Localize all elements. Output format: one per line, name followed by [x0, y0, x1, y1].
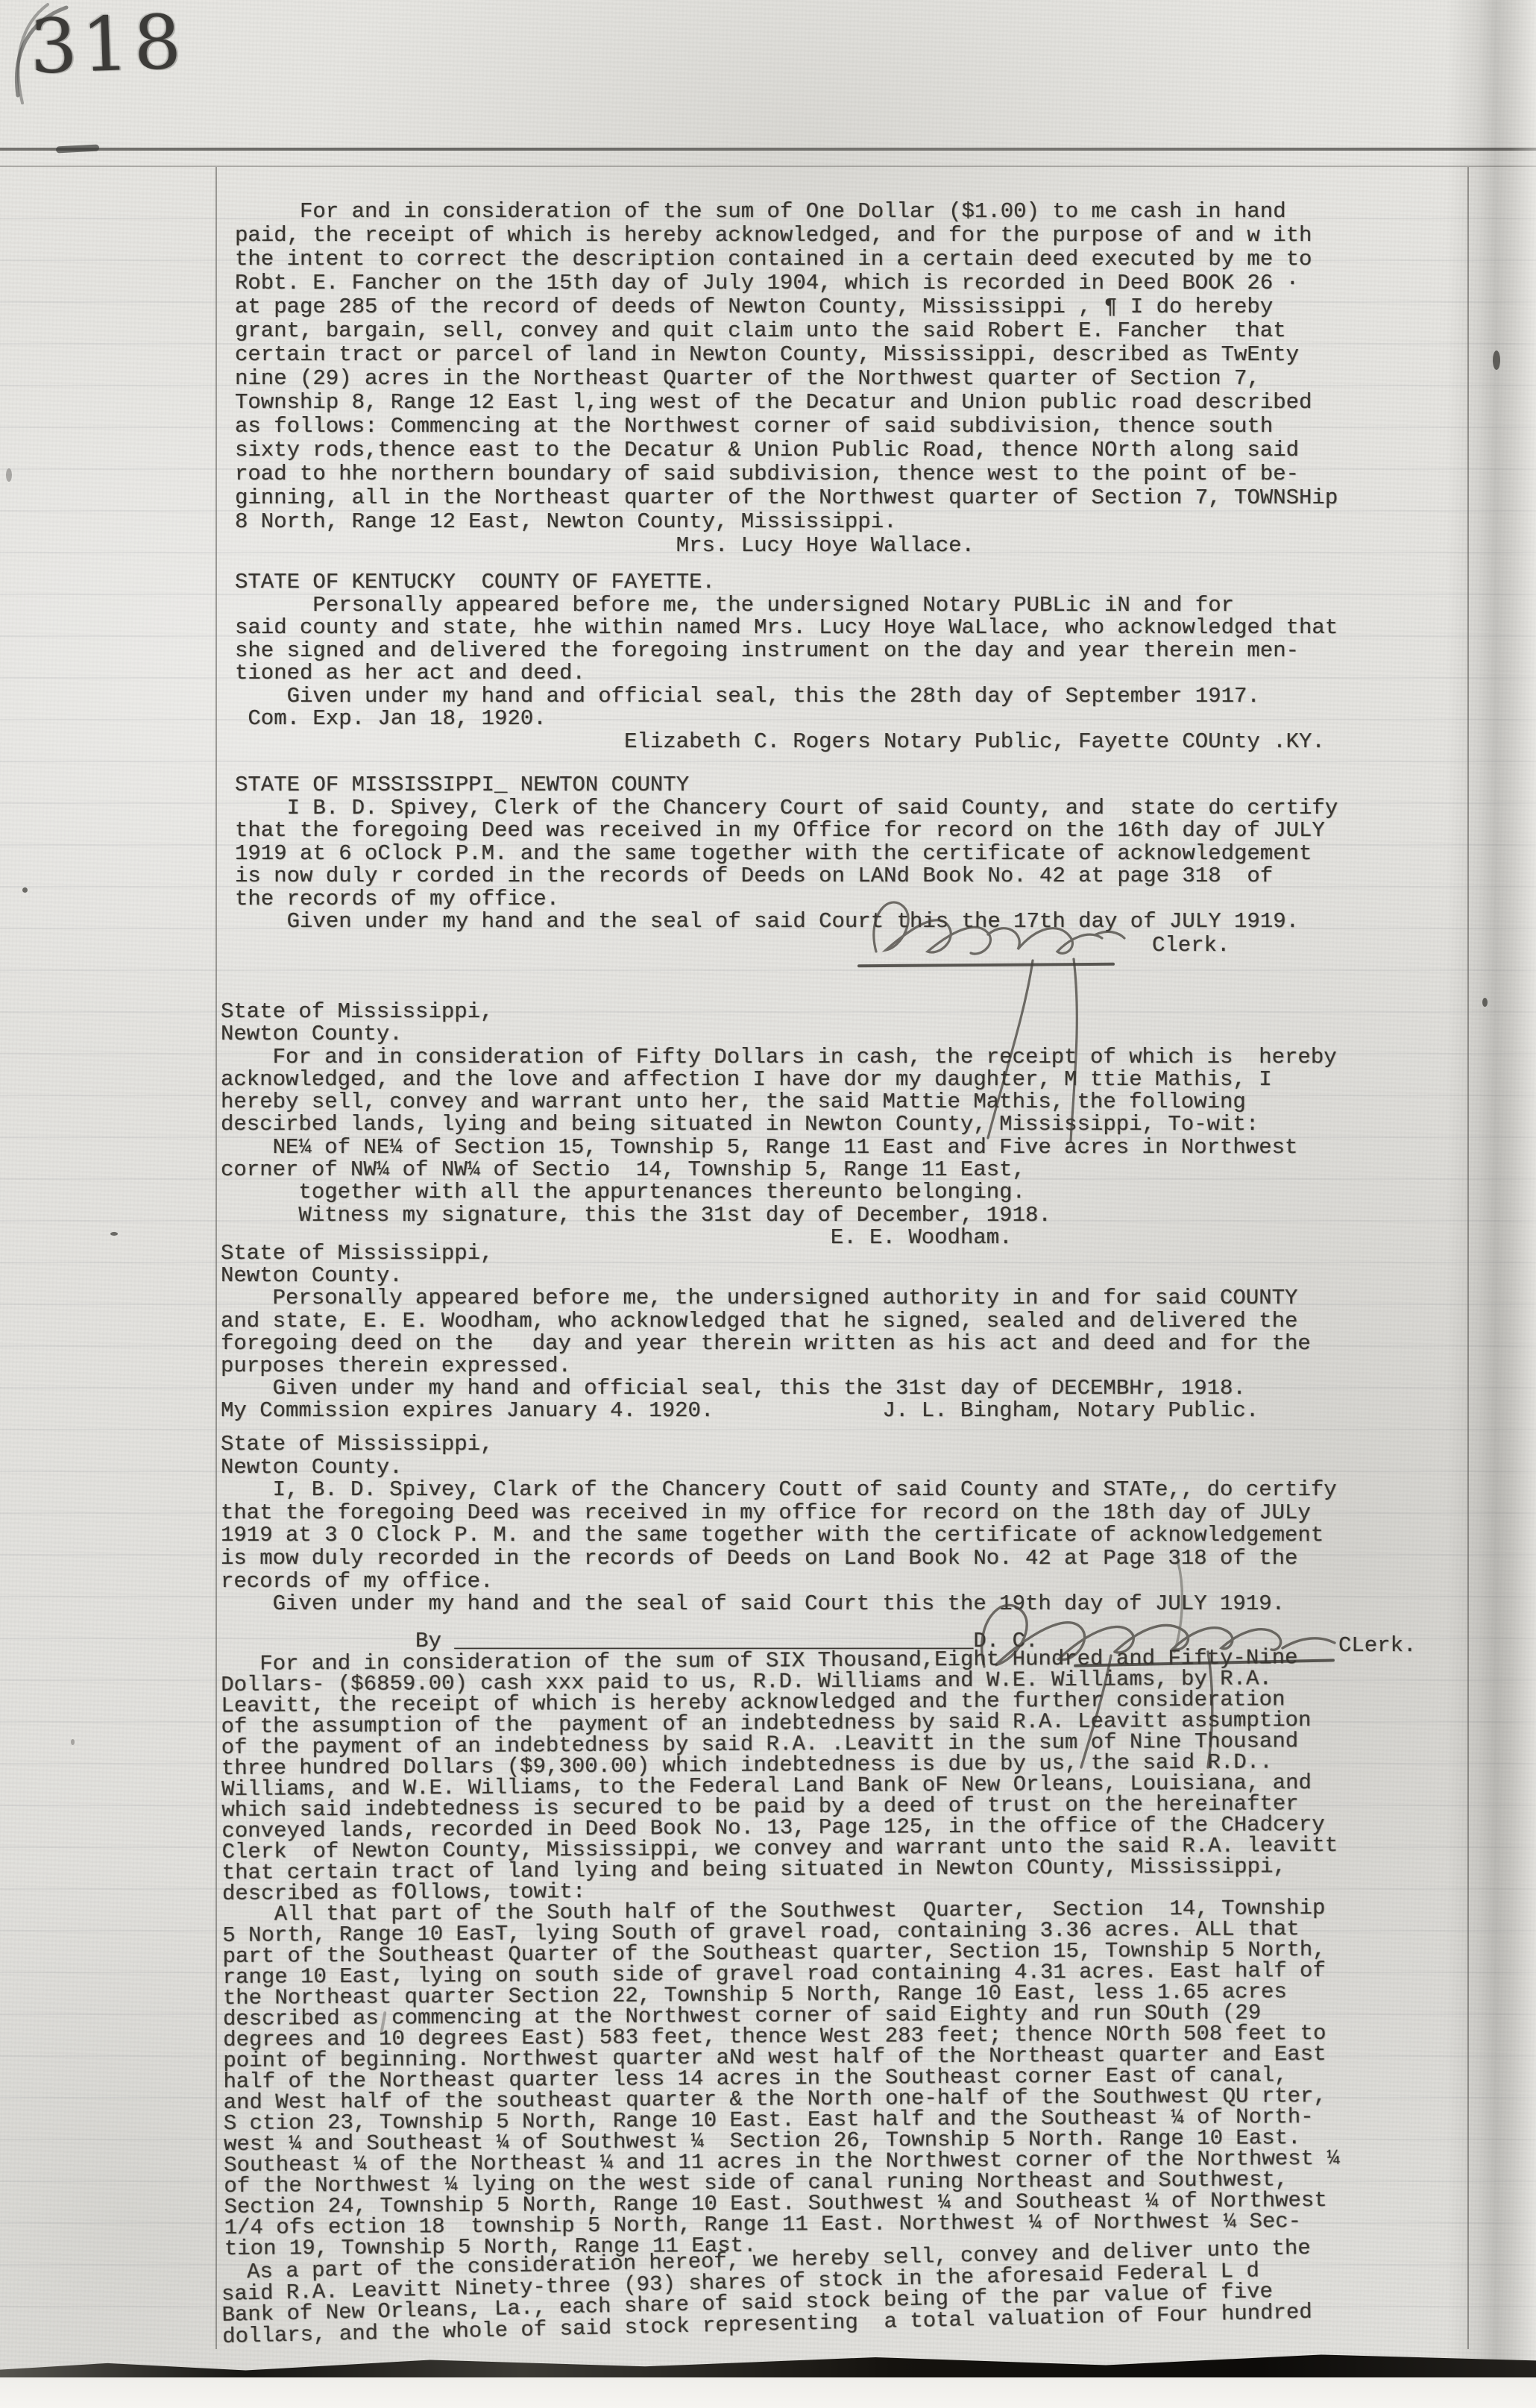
ink-speck [71, 1739, 75, 1745]
left-margin-line [215, 167, 217, 2349]
clerk-certificate-july16: STATE OF MISSISSIPPI_ NEWTON COUNTY I B.… [235, 774, 1338, 934]
ink-speck [1482, 998, 1488, 1007]
deed-book-page: 318 For and in consideration of the sum … [0, 0, 1536, 2408]
clerk-certificate-july18: State of Mississippi, Newton County. I, … [221, 1433, 1337, 1616]
top-rule [0, 148, 1536, 151]
ink-speck [6, 468, 12, 482]
right-margin-line [1467, 167, 1469, 2349]
clerk-title-label: CLerk. [1338, 1635, 1416, 1658]
clerk-title-label: Clerk. [1152, 934, 1230, 958]
deed-paragraph-woodham: State of Mississippi, Newton County. For… [221, 1001, 1337, 1249]
deed-paragraph-wallace: For and in consideration of the sum of O… [235, 200, 1338, 558]
deed-paragraph-leavitt: For and in consideration of the sum of S… [221, 1647, 1341, 2260]
page-bottom-shadow [0, 2346, 1536, 2379]
page-number: 318 [28, 4, 186, 84]
signature-underline [857, 963, 1115, 967]
scanner-background [0, 2377, 1536, 2408]
ink-speck [110, 1232, 118, 1236]
acknowledgment-kentucky: STATE OF KENTUCKY COUNTY OF FAYETTE. Per… [235, 571, 1338, 753]
top-rule-secondary [0, 166, 1536, 167]
acknowledgment-woodham: State of Mississippi, Newton County. Per… [221, 1242, 1311, 1423]
ink-smudge [56, 144, 99, 153]
page-gutter-shadow [1447, 0, 1536, 2408]
ink-speck [1493, 350, 1500, 370]
ink-speck [22, 887, 28, 893]
